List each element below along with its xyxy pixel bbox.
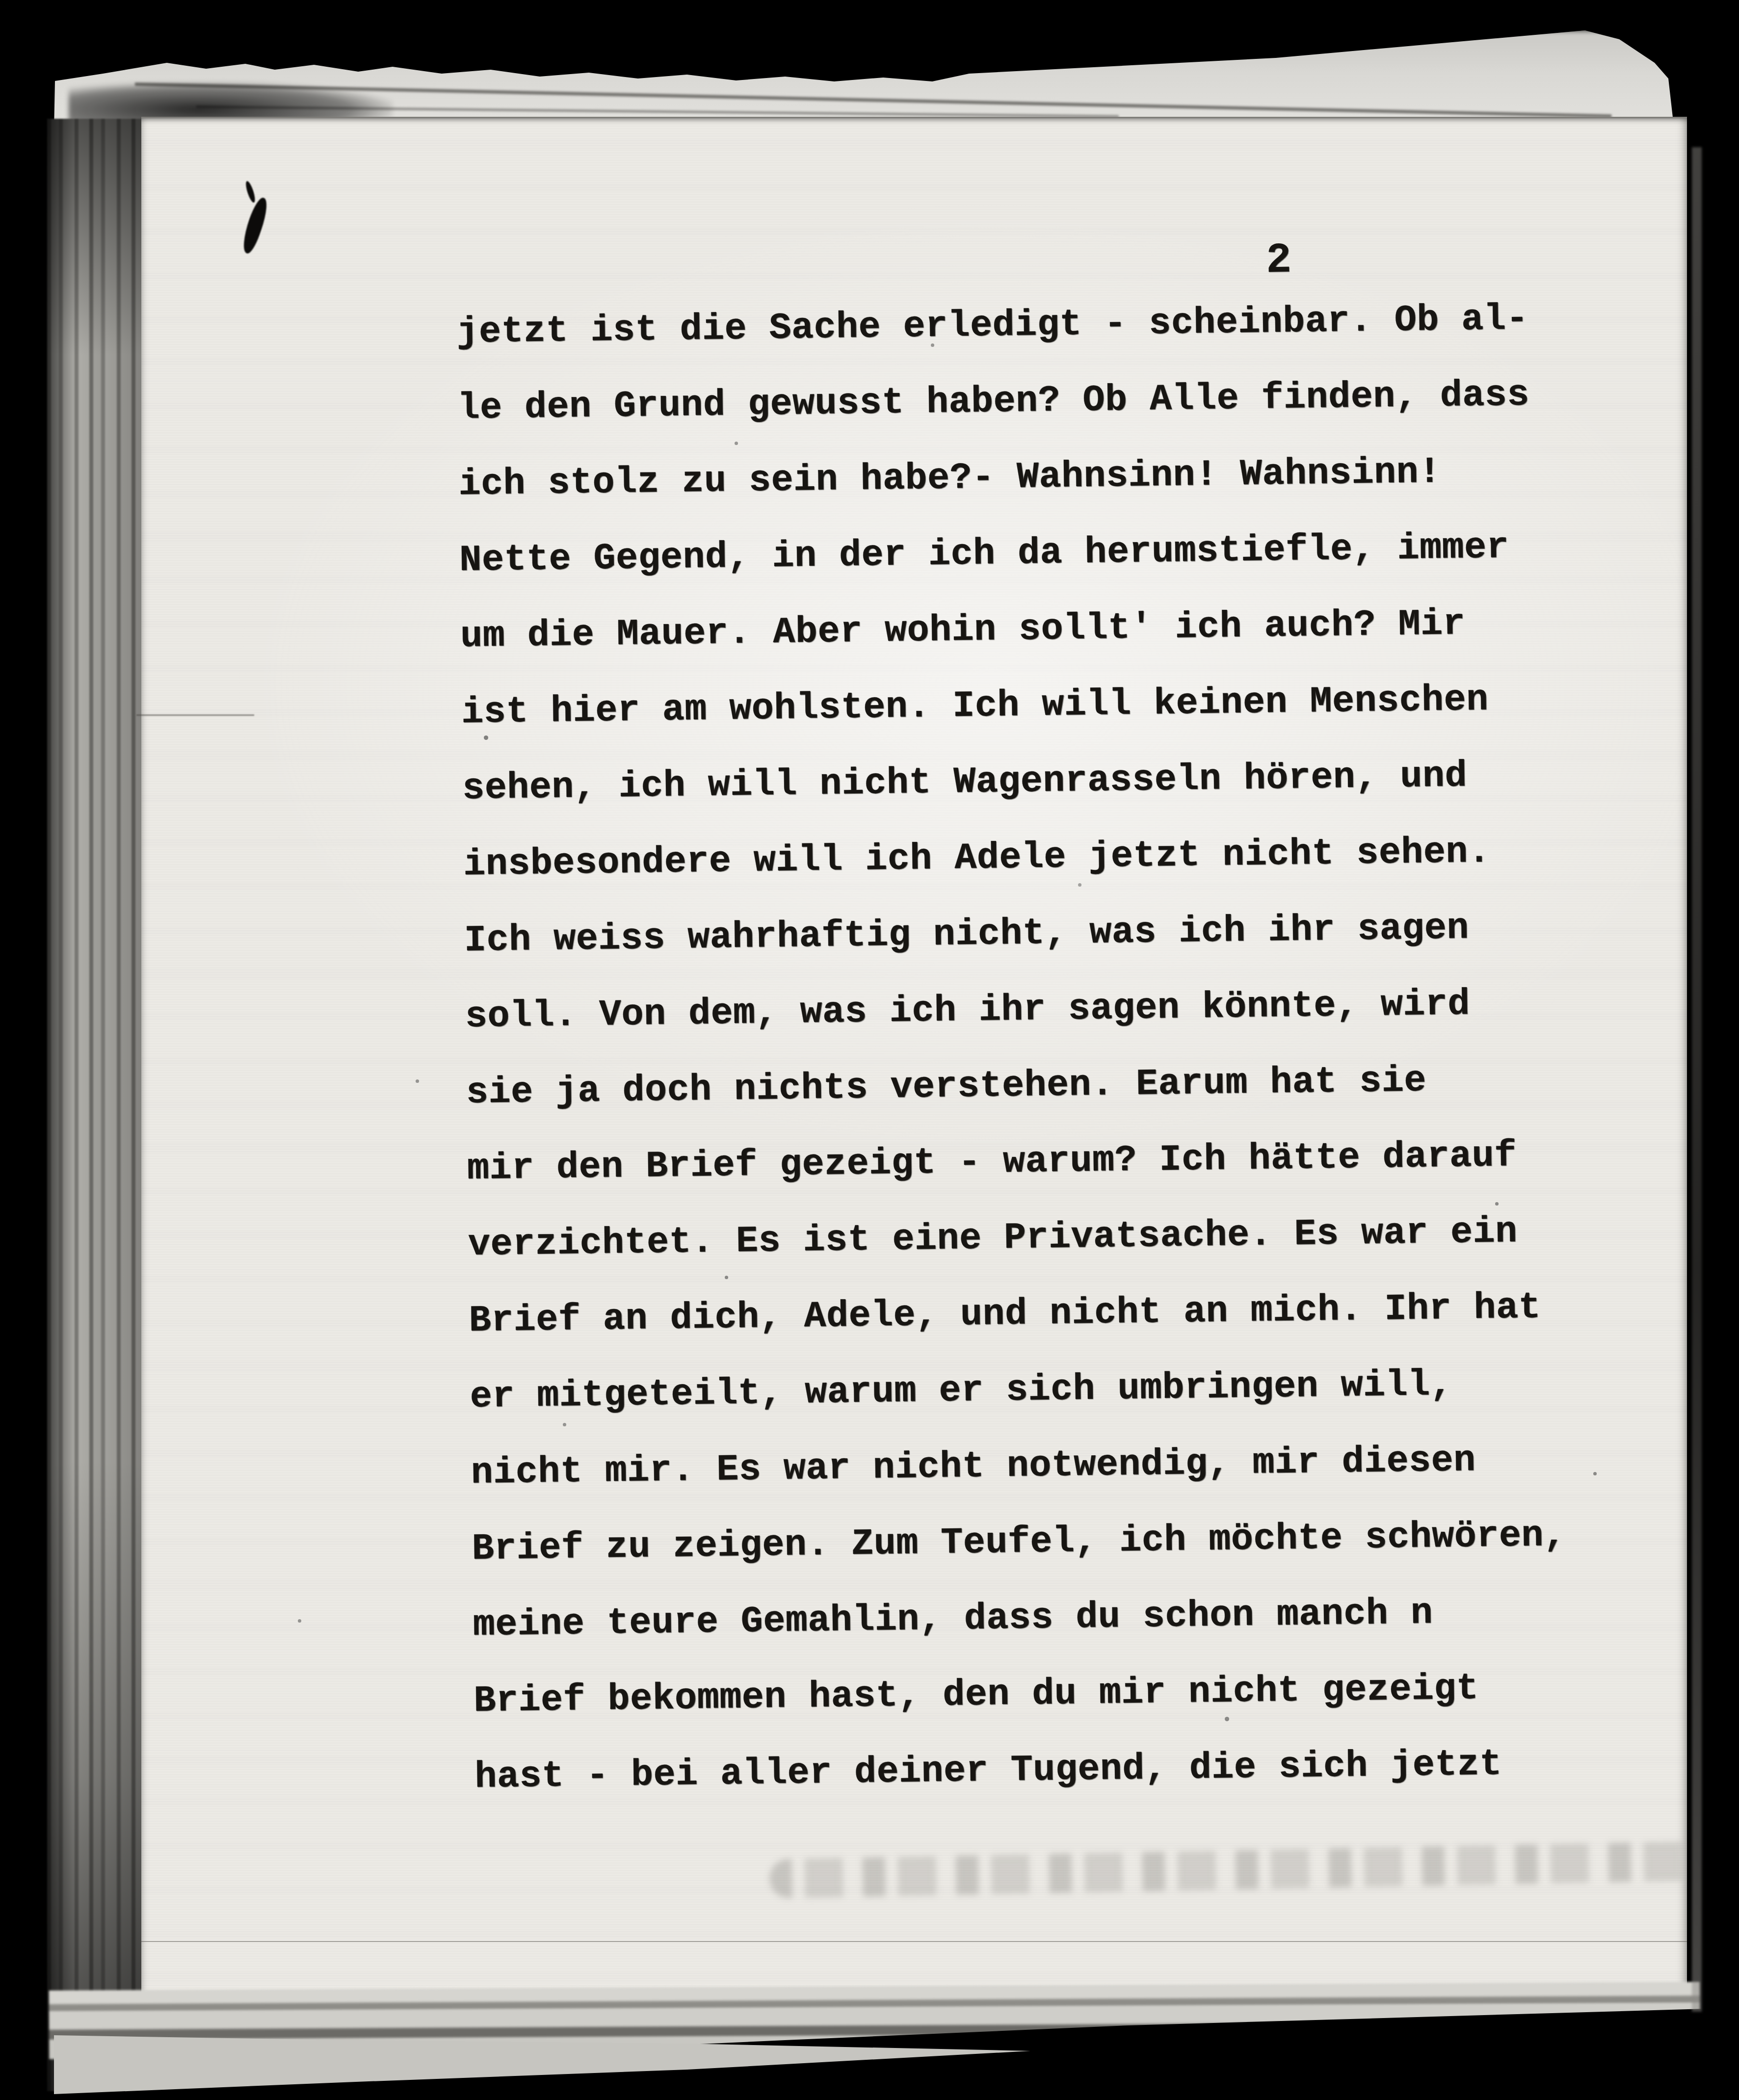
- text-line: ist hier am wohlsten. Ich will keinen Me…: [461, 677, 1620, 768]
- fold-line: [141, 1941, 1687, 1942]
- page-stack-right-edge: [1692, 147, 1702, 2012]
- text-line: Brief bekommen hast, den du mir nicht ge…: [474, 1666, 1633, 1757]
- text-line: ich stolz zu sein habe?- Wahnsinn! Wahns…: [458, 449, 1617, 540]
- text-line: er mitgeteilt, warum er sich umbringen w…: [470, 1362, 1629, 1452]
- illegible-bleedthrough-text: [769, 1841, 1702, 1898]
- text-line: jetzt ist die Sache erledigt - scheinbar…: [456, 297, 1615, 388]
- text-line: hast - bei aller deiner Tugend, die sich…: [474, 1742, 1634, 1833]
- text-line: le den Grund gewusst haben? Ob Alle find…: [457, 373, 1616, 464]
- page-number: 2: [1265, 236, 1325, 285]
- text-line: um die Mauer. Aber wohin sollt' ich auch…: [460, 601, 1619, 692]
- dust-specks: [141, 118, 144, 121]
- text-line: verzichtet. Es ist eine Privatsache. Es …: [468, 1209, 1627, 1300]
- text-line: insbesondere will ich Adele jetzt nicht …: [463, 829, 1622, 920]
- typewritten-text-block: jetzt ist die Sache erledigt - scheinbar…: [456, 297, 1634, 1832]
- scratch-mark: [136, 714, 254, 716]
- ink-mark: [236, 180, 277, 258]
- ink-mark-tail: [244, 180, 257, 203]
- text-line: Ich weiss wahrhaftig nicht, was ich ihr …: [464, 905, 1623, 996]
- text-line: sehen, ich will nicht Wagenrasseln hören…: [462, 753, 1621, 844]
- scanned-typescript-photo: 2 jetzt ist die Sache erledigt - scheinb…: [0, 0, 1739, 2100]
- text-line: nicht mir. Es war nicht notwendig, mir d…: [471, 1438, 1630, 1528]
- text-line: soll. Von dem, was ich ihr sagen könnte,…: [465, 981, 1624, 1072]
- text-line: mir den Brief gezeigt - warum? Ich hätte…: [467, 1133, 1626, 1224]
- text-line: Brief zu zeigen. Zum Teufel, ich möchte …: [472, 1514, 1631, 1604]
- document-page: 2 jetzt ist die Sache erledigt - scheinb…: [141, 117, 1687, 2003]
- text-line: Nette Gegend, in der ich da herumstiefle…: [459, 525, 1618, 616]
- text-line: Brief an dich, Adele, und nicht an mich.…: [469, 1286, 1628, 1376]
- text-line: meine teure Gemahlin, dass du schon manc…: [473, 1590, 1632, 1680]
- text-line: sie ja doch nichts verstehen. Earum hat …: [466, 1057, 1625, 1148]
- page-stack-left-edge: [47, 119, 148, 2091]
- ink-mark-stroke: [238, 196, 271, 255]
